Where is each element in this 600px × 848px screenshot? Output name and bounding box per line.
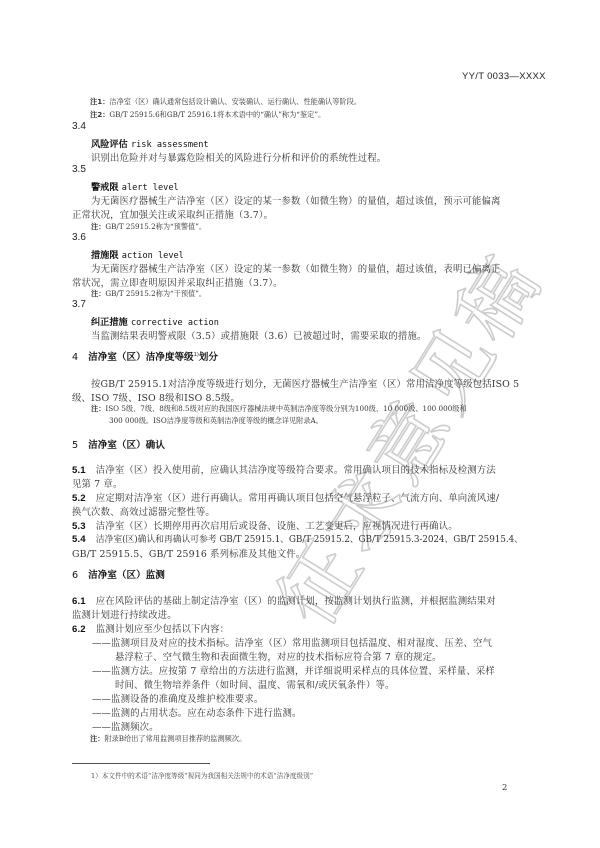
clause-cont: 换气次数、高效过滤器完整性等。 [72, 504, 215, 518]
document-page: 征求意见稿 YY/T 0033—XXXX 注1：洁净室（区）确认通常包括设计确认… [0, 0, 600, 848]
term-number: 3.6 [72, 232, 86, 243]
section-note: 注：ISO 5级、7级、8级和8.5级对应的我国医疗器械法规中英制洁净度等级分别… [91, 404, 467, 414]
list-item-cont: 时间、微生物培养条件（如时间、温度、需氧和/或厌氧条件）等。 [115, 677, 395, 691]
term-definition: 识别出危险并对与暴露危险相关的风险进行分析和评价的系统性过程。 [91, 150, 386, 164]
clause-cont: 监测计划进行持续改进。 [72, 607, 177, 621]
list-item: ——监测设备的准确度及维护校准要求。 [92, 691, 263, 705]
section-heading: 4洁净室（区）洁净度等级1)划分 [72, 349, 218, 363]
watermark: 征求意见稿 [246, 228, 564, 644]
page-number: 2 [502, 782, 507, 792]
clause: 5.1洁净室（区）投入使用前，应确认其洁净度等级符合要求。常用确认项目的技术指标… [72, 462, 496, 476]
section-heading: 6洁净室（区）监测 [72, 567, 165, 581]
paragraph: 级、ISO 7级、ISO 8级和ISO 8.5级。 [72, 390, 240, 404]
list-item: ——监测的占用状态。应在动态条件下进行监测。 [92, 705, 302, 719]
footnote: 1）本文件中的术语“洁净度等级”视同为我国相关法规中的术语“洁净度级别” [91, 770, 313, 780]
document-code: YY/T 0033—XXXX [462, 71, 546, 82]
term-definition: 为无菌医疗器械生产洁净室（区）设定的某一参数（如微生物）的量值，超过该值，预示可… [91, 193, 501, 207]
term-definition: 常状况，需立即查明原因并采取纠正措施（3.7）。 [72, 275, 283, 289]
term-note: 注：GB/T 25915.2称为“干预值”。 [91, 289, 206, 299]
note-2: 注2：GB/T 25915.6和GB/T 25916.1将本术语中的“确认”称为… [90, 110, 325, 120]
term-title: 警戒限 alert level [91, 179, 179, 193]
term-title: 措施限 action level [91, 247, 184, 261]
list-item: ——监测项目及对应的技术指标。洁净室（区）常用监测项目包括温度、相对湿度、压差、… [92, 635, 492, 649]
term-title: 纠正措施 corrective action [91, 314, 219, 328]
term-definition: 为无菌医疗器械生产洁净室（区）设定的某一参数（如微生物）的量值，超过该值，表明已… [91, 261, 501, 275]
term-definition: 当监测结果表明警戒限（3.5）或措施限（3.6）已被超过时，需要采取的措施。 [91, 328, 427, 342]
term-number: 3.7 [72, 299, 86, 310]
section-note: 注：附录B给出了常用监测项目推荐的监测频次。 [90, 734, 246, 744]
term-definition: 正常状况，宜加强关注或采取纠正措施（3.7）。 [72, 207, 273, 221]
note-1: 注1：洁净室（区）确认通常包括设计确认、安装确认、运行确认、性能确认等阶段。 [90, 97, 361, 107]
section-heading: 5洁净室（区）确认 [72, 437, 165, 451]
footnote-divider [72, 763, 210, 764]
term-note: 注：GB/T 25915.2称为“预警值”。 [91, 222, 206, 232]
list-item-cont: 悬浮粒子、空气微生物和表面微生物，对应的技术指标应符合第 7 章的规定。 [115, 649, 442, 663]
clause-cont: GB/T 25915.5、GB/T 25916 系列标准及其他文件。 [72, 546, 305, 560]
clause: 5.3洁净室（区）长期停用再次启用后或设备、设施、工艺变更后，应视情况进行再确认… [72, 518, 458, 532]
clause: 6.1应在风险评估的基础上制定洁净室（区）的监测计划，按监测计划执行监测，并根据… [72, 593, 496, 607]
term-number: 3.4 [72, 121, 86, 132]
section-note-cont: 300 000级。ISO洁净度等级和英制洁净度等级的概念详见附录A。 [109, 416, 323, 426]
list-item: ——监测方法。应按第 7 章给出的方法进行监测，并详细说明采样点的具体位置、采样… [92, 663, 495, 677]
clause: 5.2应定期对洁净室（区）进行再确认。常用再确认项目包括空气悬浮粒子、气流方向、… [72, 490, 499, 504]
paragraph: 按GB/T 25915.1对洁净度等级进行划分，无菌医疗器械生产洁净室（区）常用… [91, 376, 519, 390]
list-item: ——监测频次。 [92, 719, 159, 733]
clause: 5.4洁净室(区)确认和再确认可参考 GB/T 25915.1、GB/T 259… [72, 532, 523, 545]
clause-cont: 见第 7 章。 [72, 476, 122, 490]
clause: 6.2监测计划应至少包括以下内容： [72, 621, 229, 635]
term-number: 3.5 [72, 164, 86, 175]
term-title: 风险评估 risk assessment [91, 136, 209, 150]
